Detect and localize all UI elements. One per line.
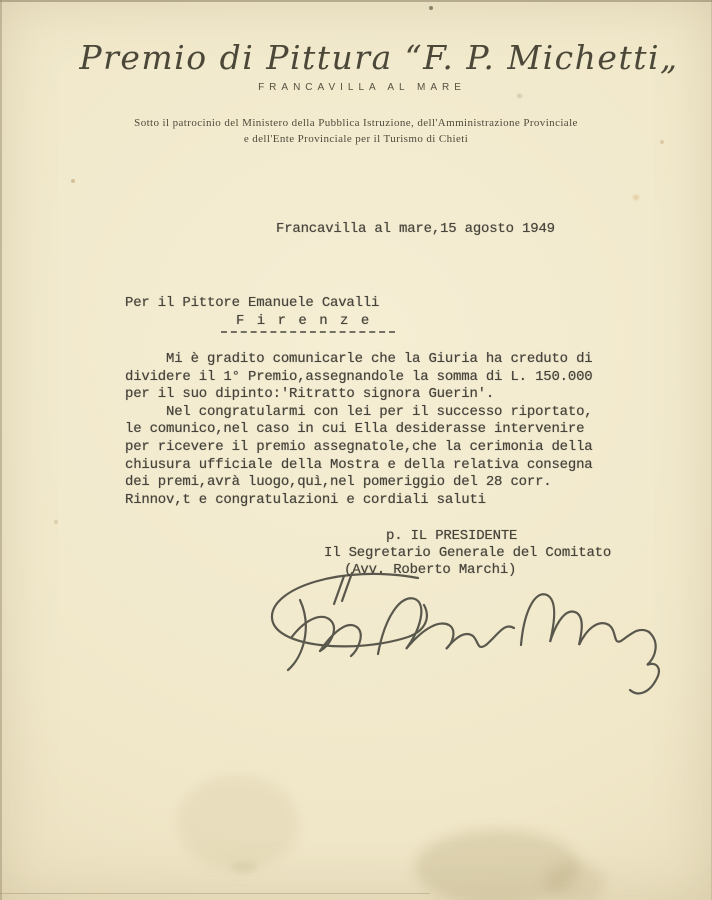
patronage-line-2: e dell'Ente Provinciale per il Turismo d… bbox=[0, 131, 712, 147]
foxing-spot bbox=[517, 94, 522, 98]
paper-stain bbox=[545, 862, 605, 900]
foxing-spot bbox=[633, 195, 639, 200]
body-line: per ricevere il premio assegnatole,che l… bbox=[125, 439, 592, 457]
dateline: Francavilla al mare,15 agosto 1949 bbox=[276, 221, 555, 237]
body-line: per il suo dipinto:'Ritratto signora Gue… bbox=[125, 386, 592, 404]
recipient-name: Per il Pittore Emanuele Cavalli bbox=[125, 295, 379, 311]
letterhead-title: Premio di Pittura “F. P. Michetti„ bbox=[0, 38, 712, 77]
handwritten-signature bbox=[258, 556, 678, 706]
signature-title: Il Segretario Generale del Comitato bbox=[324, 545, 611, 561]
body-line: dei premi,avrà luogo,quì,nel pomeriggio … bbox=[125, 474, 592, 492]
foxing-spot bbox=[231, 862, 257, 872]
letter-body: Mi è gradito comunicarle che la Giuria h… bbox=[125, 351, 592, 509]
foxing-spot bbox=[71, 179, 75, 183]
body-line: Nel congratularmi con lei per il success… bbox=[125, 404, 592, 422]
scan-edge-top bbox=[0, 0, 712, 2]
paper-stain bbox=[178, 775, 298, 870]
body-line: Rinnov,t e congratulazioni e cordiali sa… bbox=[125, 492, 592, 510]
letter-document: Premio di Pittura “F. P. Michetti„ FRANC… bbox=[0, 0, 712, 900]
body-line: le comunico,nel caso in cui Ella desider… bbox=[125, 421, 592, 439]
letterhead-patronage: Sotto il patrocinio del Ministero della … bbox=[0, 115, 712, 147]
body-line: dividere il 1° Premio,assegnandole la so… bbox=[125, 369, 592, 387]
foxing-spot bbox=[54, 520, 58, 524]
recipient-city-underline bbox=[221, 331, 395, 333]
body-line: chiusura ufficiale della Mostra e della … bbox=[125, 457, 592, 475]
recipient-city: F i r e n z e bbox=[236, 313, 371, 329]
foxing-spot bbox=[429, 6, 433, 10]
signature-typed-name: (Avv. Roberto Marchi) bbox=[344, 562, 516, 578]
patronage-line-1: Sotto il patrocinio del Ministero della … bbox=[0, 115, 712, 131]
paper-stain bbox=[415, 830, 580, 900]
letterhead-location: FRANCAVILLA AL MARE bbox=[0, 82, 712, 93]
body-line: Mi è gradito comunicarle che la Giuria h… bbox=[125, 351, 592, 369]
scan-edge-bottom bbox=[0, 893, 430, 894]
signature-role: p. IL PRESIDENTE bbox=[386, 528, 517, 544]
